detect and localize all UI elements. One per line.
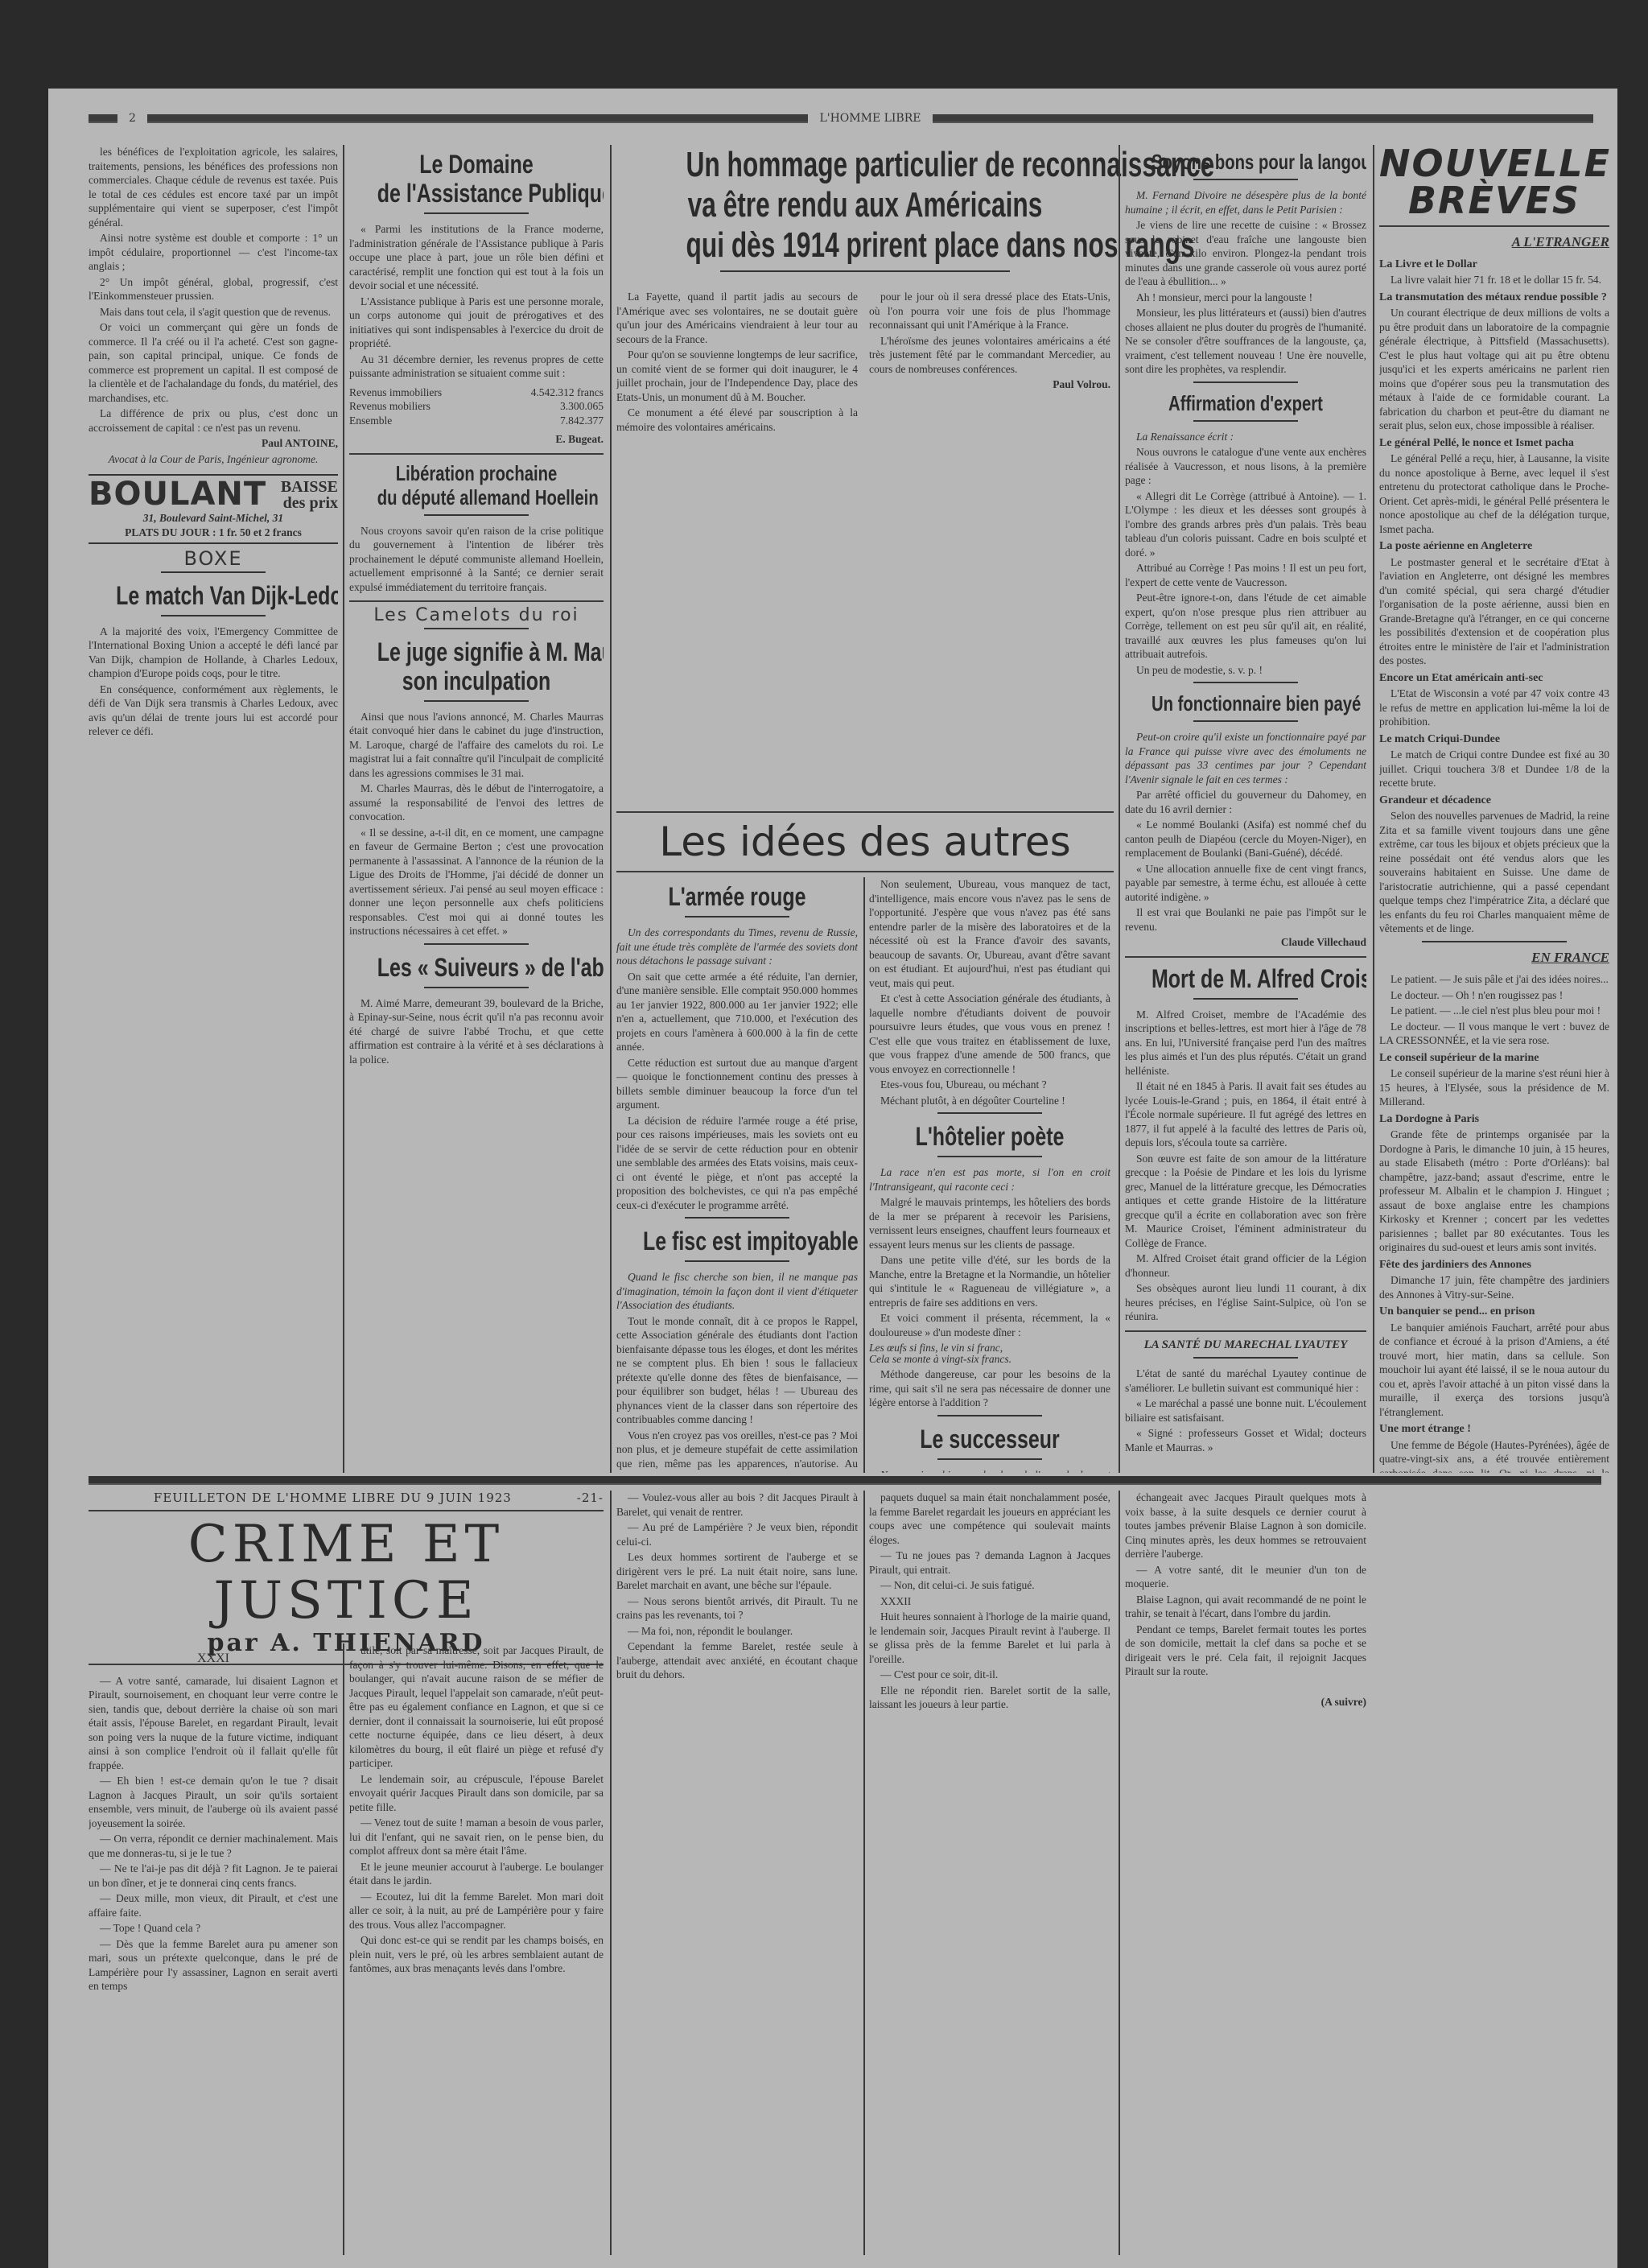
column-nouvelles-breves: NOUVELLES BRÈVES A L'ETRANGER La Livre e…: [1379, 145, 1609, 1473]
paragraph: Peut-être ignore-t-on, dans l'étude de c…: [1125, 591, 1366, 662]
paragraph: Vous n'en croyez pas vos oreilles, n'est…: [616, 1429, 858, 1474]
hotelier-lead: La race n'en est pas morte, si l'on en c…: [869, 1165, 1110, 1194]
paragraph: Ce monument a été élevé par souscription…: [616, 406, 858, 434]
news-item-text: Dimanche 17 juin, fête champêtre des jar…: [1379, 1273, 1609, 1301]
successeur-lead: Nous savions bien que la place de l'aveu…: [869, 1468, 1110, 1474]
paragraph: Elle ne répondit rien. Barelet sortit de…: [869, 1684, 1110, 1712]
news-item-text: Le général Pellé a reçu, hier, à Lausann…: [1379, 452, 1609, 536]
to-be-continued: (A suivre): [1125, 1695, 1366, 1709]
newspaper-title: L'HOMME LIBRE: [819, 112, 921, 125]
paragraph: « Le nommé Boulanki (Asifa) est nommé ch…: [1125, 818, 1366, 860]
paragraph: La différence de prix ou plus, c'est don…: [89, 406, 338, 435]
divider: [1125, 1330, 1366, 1332]
divider: [1193, 720, 1298, 722]
paragraph: Par arrêté officiel du gouverneur du Dah…: [1125, 788, 1366, 816]
liberation-title-1: Libération prochaine: [377, 461, 575, 485]
column-rule: [863, 877, 865, 1473]
ubureau-article: Non seulement, Ubureau, vous manquez de …: [869, 877, 1110, 1107]
paragraph: Et voici comment il présenta, récemment,…: [869, 1311, 1110, 1339]
paragraph: Et le jeune meunier accourut à l'auberge…: [349, 1860, 604, 1888]
paragraph: Ainsi que nous l'avions annoncé, M. Char…: [349, 710, 604, 781]
paragraph: Les deux hommes sortirent de l'auberge e…: [616, 1550, 858, 1593]
paragraph: — Venez tout de suite ! maman a besoin d…: [349, 1816, 604, 1858]
hommage-col-2: pour le jour où il sera dressé place des…: [869, 290, 1110, 805]
idees-banner: Les idées des autres: [616, 818, 1114, 866]
paragraph: « Allegri dit Le Corrège (attribué à Ant…: [1125, 489, 1366, 560]
divider: [1193, 1357, 1298, 1359]
paragraph: les bénéfices de l'exploitation agricole…: [89, 145, 338, 229]
column-rule: [1373, 145, 1374, 1473]
paragraph: « Le maréchal a passé une bonne nuit. L'…: [1125, 1396, 1366, 1425]
impot-signature-title: Avocat à la Cour de Paris, Ingénieur agr…: [89, 452, 338, 467]
cressonnee-ad: Le patient. — Je suis pâle et j'ai des i…: [1379, 972, 1609, 1048]
paragraph: Un peu de modestie, s. v. p. !: [1125, 663, 1366, 678]
ad-address: 31, Boulevard Saint-Michel, 31: [89, 511, 338, 526]
paragraph: — Deux mille, mon vieux, dit Pirault, et…: [89, 1891, 338, 1920]
divider: [349, 453, 604, 455]
fisc-lead: Quand le fisc cherche son bien, il ne ma…: [616, 1270, 858, 1313]
paragraph: Le lendemain soir, au crépuscule, l'épou…: [349, 1772, 604, 1815]
hommage-headline: Un hommage particulier de reconnaissance…: [616, 145, 1114, 280]
chapter-number: XXXI: [89, 1652, 338, 1666]
paragraph: L'état de santé du maréchal Lyautey cont…: [1125, 1367, 1366, 1395]
hotelier-article: Malgré le mauvais printemps, les hôtelie…: [869, 1195, 1110, 1339]
divider: [349, 600, 604, 602]
news-item-text: Grande fête de printemps organisée par l…: [1379, 1128, 1609, 1255]
news-item-text: Selon des nouvelles parvenues de Madrid,…: [1379, 809, 1609, 936]
paragraph: Le docteur. — Oh ! n'en rougissez pas !: [1379, 988, 1609, 1003]
news-item-title: Une mort étrange !: [1379, 1422, 1609, 1437]
fonctionnaire-signature: Claude Villechaud: [1125, 935, 1366, 950]
paragraph: — Au pré de Lampérière ? Je veux bien, r…: [616, 1520, 858, 1548]
domaine-title-2: de l'Assistance Publique: [377, 179, 575, 208]
paragraph: Huit heures sonnaient à l'horloge de la …: [869, 1610, 1110, 1666]
paragraph: — Nous serons bientôt arrivés, dit Pirau…: [616, 1594, 858, 1623]
paragraph: Le patient. — ...le ciel n'est plus bleu…: [1379, 1004, 1609, 1018]
divider: [720, 270, 1010, 272]
divider: [424, 628, 529, 629]
feuilleton-text: utile, soit par sa maîtresse, soit par J…: [349, 1643, 604, 1976]
paragraph: Pendant ce temps, Barelet fermait toutes…: [1125, 1623, 1366, 1679]
impot-signature: Paul ANTOINE,: [89, 436, 338, 451]
feuilleton-text: paquets duquel sa main était nonchalamme…: [869, 1491, 1110, 1712]
camelots-article: Ainsi que nous l'avions annoncé, M. Char…: [349, 710, 604, 938]
langouste-lead: M. Fernand Divoire ne désespère plus de …: [1125, 188, 1366, 216]
divider: [616, 811, 1114, 813]
paragraph: pour le jour où il sera dressé place des…: [869, 290, 1110, 332]
divider: [685, 1260, 789, 1262]
divider: [685, 916, 789, 918]
divider: [937, 1112, 1042, 1114]
news-item-text: La livre valait hier 71 fr. 18 et le dol…: [1379, 273, 1609, 287]
feuilleton-col-3: — Voulez-vous aller au bois ? dit Jacque…: [616, 1491, 858, 2255]
newspaper-page: 2 L'HOMME LIBRE les bénéfices de l'explo…: [48, 89, 1617, 2268]
paragraph: Au 31 décembre dernier, les revenus prop…: [349, 353, 604, 381]
column-rule: [1119, 145, 1120, 1473]
revenue-label: Revenus immobiliers: [349, 386, 442, 400]
divider: [161, 571, 266, 573]
paragraph: « Une allocation annuelle fixe de cent v…: [1125, 862, 1366, 905]
paragraph: 2° Un impôt général, global, progressif,…: [89, 275, 338, 303]
paragraph: La Fayette, quand il partit jadis au sec…: [616, 290, 858, 346]
etranger-tag: A L'ETRANGER: [1379, 235, 1609, 249]
successeur-title: Le successeur: [896, 1425, 1084, 1454]
paragraph: utile, soit par sa maîtresse, soit par J…: [349, 1643, 604, 1771]
fisc-article: Tout le monde connaît, dit à ce propos l…: [616, 1314, 858, 1474]
armee-lead: Un des correspondants du Times, revenu d…: [616, 926, 858, 968]
paragraph: M. Alfred Croiset, membre de l'Académie …: [1125, 1008, 1366, 1078]
paragraph: Ah ! monsieur, merci pour la langouste !: [1125, 291, 1366, 305]
paragraph: Méchant plutôt, à en dégoûter Courteline…: [869, 1094, 1110, 1108]
paragraph: — A votre santé, dit le meunier d'un ton…: [1125, 1563, 1366, 1591]
camelots-kicker: Les Camelots du roi: [349, 608, 604, 623]
feuilleton-col-5: échangeait avec Jacques Pirault quelques…: [1125, 1491, 1366, 2255]
paragraph: « Parmi les institutions de la France mo…: [349, 222, 604, 293]
domaine-signature: E. Bugeat.: [349, 432, 604, 447]
expert-article: Nous ouvrons le catalogue d'une vente au…: [1125, 445, 1366, 677]
hommage-title-2: va être rendu aux Américains: [686, 185, 1044, 225]
paragraph: On sait que cette armée a été réduite, l…: [616, 970, 858, 1054]
paragraph: Malgré le mauvais printemps, les hôtelie…: [869, 1195, 1110, 1252]
paragraph: Qui donc est-ce qui se rendit par les ch…: [349, 1933, 604, 1976]
paragraph: A la majorité des voix, l'Emergency Comm…: [89, 625, 338, 681]
hommage-col-1: La Fayette, quand il partit jadis au sec…: [616, 290, 858, 805]
feuilleton-col-4: paquets duquel sa main était nonchalamme…: [869, 1491, 1110, 2255]
hotelier-title: L'hôtelier poète: [896, 1122, 1084, 1151]
paragraph: — Ecoutez, lui dit la femme Barelet. Mon…: [349, 1890, 604, 1932]
news-item-title: La Livre et le Dollar: [1379, 258, 1609, 272]
domaine-article: « Parmi les institutions de la France mo…: [349, 222, 604, 381]
paragraph: — Tu ne joues pas ? demanda Lagnon à Jac…: [869, 1548, 1110, 1577]
paragraph: Or voici un commerçant qui gère un fonds…: [89, 320, 338, 405]
paragraph: — C'est pour ce soir, dit-il.: [869, 1668, 1110, 1682]
camelots-title-2: son inculpation: [377, 666, 575, 695]
column-domaine: Le Domaine de l'Assistance Publique « Pa…: [349, 145, 604, 1473]
page-number: 2: [129, 112, 136, 125]
divider: [1193, 420, 1298, 422]
paragraph: M. Alfred Croiset était grand officier d…: [1125, 1252, 1366, 1280]
feuilleton-rule: [89, 1476, 1601, 1485]
paragraph: L'Assistance publique à Paris est une pe…: [349, 295, 604, 351]
column-rule: [343, 1643, 344, 2255]
paragraph: paquets duquel sa main était nonchalamme…: [869, 1491, 1110, 1547]
paragraph: Dans une petite ville d'été, sur les bor…: [869, 1253, 1110, 1309]
paragraph: Attribué au Corrège ! Pas moins ! Il est…: [1125, 561, 1366, 589]
feuilleton-number: -21-: [577, 1491, 604, 1505]
feuilleton-col-1: XXXI — A votre santé, camarade, lui disa…: [89, 1643, 338, 2255]
hommage-article: La Fayette, quand il partit jadis au sec…: [616, 290, 858, 434]
divider: [1379, 225, 1609, 227]
paragraph: Cependant la femme Barelet, restée seule…: [616, 1639, 858, 1682]
paragraph: Le docteur. — Il vous manque le vert : b…: [1379, 1020, 1609, 1048]
hommage-title-3: qui dès 1914 prirent place dans nos rang…: [686, 225, 1044, 266]
news-item-title: Encore un Etat américain anti-sec: [1379, 671, 1609, 686]
paragraph: — On verra, répondit ce dernier machinal…: [89, 1832, 338, 1860]
news-item-text: Un courant électrique de deux millions d…: [1379, 306, 1609, 433]
paragraph: L'héroïsme des jeunes volontaires améric…: [869, 334, 1110, 377]
paragraph: « Signé : professeurs Gosset et Widal; d…: [1125, 1426, 1366, 1454]
column-rule: [863, 1491, 865, 2255]
feuilleton-col-2: utile, soit par sa maîtresse, soit par J…: [349, 1643, 604, 2255]
paragraph: Le patient. — Je suis pâle et j'ai des i…: [1379, 972, 1609, 987]
expert-lead: La Renaissance écrit :: [1125, 430, 1366, 444]
paragraph: Il est vrai que Boulanki ne paie pas l'i…: [1125, 905, 1366, 934]
masthead-rule: [147, 114, 809, 123]
fonctionnaire-article: Par arrêté officiel du gouverneur du Dah…: [1125, 788, 1366, 934]
paragraph: La décision de réduire l'armée rouge a é…: [616, 1114, 858, 1213]
france-news: Le conseil supérieur de la marineLe cons…: [1379, 1051, 1609, 1474]
camelots-title-1: Le juge signifie à M. Maurras: [377, 637, 575, 666]
paragraph: Pour qu'on se souvienne longtemps de leu…: [616, 348, 858, 404]
hommage-article-continued: pour le jour où il sera dressé place des…: [869, 290, 1110, 376]
divider: [424, 700, 529, 702]
revenue-row: Ensemble7.842.377: [349, 414, 604, 428]
paragraph: — Ne te l'ai-je pas dit déjà ? fit Lagno…: [89, 1862, 338, 1890]
langouste-title: Soyons bons pour la langouste: [1152, 150, 1340, 174]
paragraph: — Eh bien ! est-ce demain qu'on le tue ?…: [89, 1774, 338, 1830]
paragraph: En conséquence, conformément aux règleme…: [89, 682, 338, 739]
expert-title: Affirmation d'expert: [1152, 391, 1340, 415]
divider: [1193, 179, 1298, 180]
divider: [1193, 682, 1298, 683]
hommage-signature: Paul Volrou.: [869, 377, 1110, 392]
revenue-table: Revenus immobiliers4.542.312 francsReven…: [349, 386, 604, 428]
paragraph: Et c'est à cette Association générale de…: [869, 992, 1110, 1076]
news-item-title: La Dordogne à Paris: [1379, 1112, 1609, 1127]
croiset-article: M. Alfred Croiset, membre de l'Académie …: [1125, 1008, 1366, 1324]
divider: [685, 1217, 789, 1219]
news-item-title: La transmutation des métaux rendue possi…: [1379, 291, 1609, 305]
divider: [1193, 381, 1298, 383]
liberation-text: Nous croyons savoir qu'en raison de la c…: [349, 524, 604, 595]
paragraph: Je viens de lire une recette de cuisine …: [1125, 218, 1366, 289]
paragraph: — Voulez-vous aller au bois ? dit Jacque…: [616, 1491, 858, 1519]
france-tag: EN FRANCE: [1379, 950, 1609, 965]
armee-article: On sait que cette armée a été réduite, l…: [616, 970, 858, 1213]
paragraph: échangeait avec Jacques Pirault quelques…: [1125, 1491, 1366, 1561]
paragraph: M. Charles Maurras, dès le début de l'in…: [349, 781, 604, 824]
suiveurs-text: M. Aimé Marre, demeurant 39, boulevard d…: [349, 996, 604, 1067]
armee-title: L'armée rouge: [643, 882, 831, 911]
paragraph: Mais dans tout cela, il s'agit question …: [89, 305, 338, 320]
nouvelles-logo-2: BRÈVES: [1379, 182, 1609, 219]
divider: [424, 514, 529, 516]
suiveurs-title: Les « Suiveurs » de l'abbé Trochu: [377, 953, 575, 982]
divider: [424, 987, 529, 988]
paragraph: Son œuvre est faite de son amour de la l…: [1125, 1152, 1366, 1251]
news-item-text: L'Etat de Wisconsin a voté par 47 voix c…: [1379, 687, 1609, 729]
ad-tagline: BAISSE des prix: [266, 479, 338, 511]
lyautey-article: L'état de santé du maréchal Lyautey cont…: [1125, 1367, 1366, 1454]
paragraph: — Dès que la femme Barelet aura pu amene…: [89, 1937, 338, 1994]
news-item-text: Le postmaster general et le secrétaire d…: [1379, 555, 1609, 668]
fisc-title: Le fisc est impitoyable: [643, 1227, 831, 1256]
revenue-value: 4.542.312 francs: [531, 386, 604, 400]
boulant-ad: BOULANT BAISSE des prix 31, Boulevard Sa…: [89, 474, 338, 544]
masthead-rule: [933, 114, 1594, 123]
feuilleton-text: — A votre santé, camarade, lui disaient …: [89, 1674, 338, 1994]
divider: [424, 212, 529, 214]
nouvelles-logo-1: NOUVELLES: [1379, 145, 1609, 182]
feuilleton-text: échangeait avec Jacques Pirault quelques…: [1125, 1491, 1366, 1679]
lyautey-title: LA SANTÉ DU MARECHAL LYAUTEY: [1125, 1338, 1366, 1353]
paragraph: Tout le monde connaît, dit à ce propos l…: [616, 1314, 858, 1427]
paragraph: — Non, dit celui-ci. Je suis fatigué.: [869, 1578, 1110, 1593]
feuilleton-title-line: FEUILLETON DE L'HOMME LIBRE DU 9 JUIN 19…: [89, 1491, 577, 1505]
news-item-text: Le conseil supérieur de la marine s'est …: [1379, 1066, 1609, 1109]
column-impot: les bénéfices de l'exploitation agricole…: [89, 145, 338, 1465]
divider: [1125, 956, 1366, 958]
boxe-title: Le match Van Dijk-Ledoux: [116, 581, 311, 610]
ad-name: BOULANT: [89, 488, 266, 502]
news-item-title: Le conseil supérieur de la marine: [1379, 1051, 1609, 1066]
divider: [937, 1415, 1042, 1416]
column-rule: [610, 145, 612, 1473]
divider: [1422, 941, 1567, 942]
paragraph: — Tope ! Quand cela ?: [89, 1921, 338, 1936]
divider: [161, 615, 266, 616]
column-rule: [1119, 1491, 1120, 2255]
crime-title: CRIME ET JUSTICE: [89, 1516, 604, 1629]
paragraph: Nous ouvrons le catalogue d'une vente au…: [1125, 445, 1366, 488]
news-item-title: Fête des jardiniers des Annones: [1379, 1258, 1609, 1272]
paragraph: Ainsi notre système est double et compor…: [89, 231, 338, 274]
divider: [1193, 998, 1298, 1000]
hommage-title-1: Un hommage particulier de reconnaissance: [686, 145, 1044, 185]
news-item-title: Le match Criqui-Dundee: [1379, 732, 1609, 747]
idees-col-2: Non seulement, Ubureau, vous manquez de …: [869, 877, 1110, 1473]
fonctionnaire-lead: Peut-on croire qu'il existe un fonctionn…: [1125, 730, 1366, 786]
divider: [937, 1458, 1042, 1460]
revenue-label: Revenus mobiliers: [349, 399, 431, 414]
fonctionnaire-title: Un fonctionnaire bien payé: [1152, 691, 1340, 715]
news-item-title: La poste aérienne en Angleterre: [1379, 539, 1609, 554]
paragraph: Etes-vous fou, Ubureau, ou méchant ?: [869, 1078, 1110, 1092]
news-item-title: Le général Pellé, le nonce et Ismet pach…: [1379, 436, 1609, 451]
boxe-article: A la majorité des voix, l'Emergency Comm…: [89, 625, 338, 739]
etranger-news: La Livre et le DollarLa livre valait hie…: [1379, 258, 1609, 936]
impot-article: les bénéfices de l'exploitation agricole…: [89, 145, 338, 435]
hotelier-verse-2: Cela se monte à vingt-six francs.: [869, 1352, 1110, 1367]
paragraph: Monsieur, les plus littérateurs et (auss…: [1125, 306, 1366, 377]
column-rule: [343, 145, 344, 1473]
column-4: Soyons bons pour la langouste M. Fernand…: [1125, 145, 1366, 1473]
paragraph: Non seulement, Ubureau, vous manquez de …: [869, 877, 1110, 990]
news-item-text: Le match de Criqui contre Dundee est fix…: [1379, 748, 1609, 790]
revenue-row: Revenus mobiliers3.300.065: [349, 399, 604, 414]
paragraph: XXXII: [869, 1594, 1110, 1609]
paragraph: Il était né en 1845 à Paris. Il avait fa…: [1125, 1079, 1366, 1150]
divider: [424, 943, 529, 945]
revenue-row: Revenus immobiliers4.542.312 francs: [349, 386, 604, 400]
croiset-title: Mort de M. Alfred Croiset: [1152, 964, 1340, 993]
paragraph: Cette réduction est surtout due au manqu…: [616, 1056, 858, 1112]
domaine-title-1: Le Domaine: [377, 150, 575, 179]
masthead-rule-left: [89, 114, 117, 123]
paragraph: — A votre santé, camarade, lui disaient …: [89, 1674, 338, 1773]
liberation-title-2: du député allemand Hoellein: [377, 485, 575, 509]
paragraph: — Ma foi, non, répondit le boulanger.: [616, 1624, 858, 1639]
revenue-value: 7.842.377: [560, 414, 604, 428]
idees-col-1: L'armée rouge Un des correspondants du T…: [616, 877, 858, 1473]
langouste-article: Je viens de lire une recette de cuisine …: [1125, 218, 1366, 377]
ad-plats: PLATS DU JOUR : 1 fr. 50 et 2 francs: [89, 526, 338, 540]
news-item-title: Un banquier se pend... en prison: [1379, 1305, 1609, 1319]
paragraph: Blaise Lagnon, qui avait recommandé de n…: [1125, 1593, 1366, 1621]
revenue-value: 3.300.065: [560, 399, 604, 414]
paragraph: « Il se dessine, a-t-il dit, en ce momen…: [349, 826, 604, 938]
boxe-kicker: BOXE: [89, 552, 338, 567]
feuilleton-text: — Voulez-vous aller au bois ? dit Jacque…: [616, 1491, 858, 1682]
revenue-label: Ensemble: [349, 414, 392, 428]
divider: [937, 1156, 1042, 1157]
news-item-text: Une femme de Bégole (Hautes-Pyrénées), â…: [1379, 1438, 1609, 1474]
hotelier-closing: Méthode dangereuse, car pour les besoins…: [869, 1367, 1110, 1410]
news-item-text: Le banquier amiénois Fauchart, arrêté po…: [1379, 1321, 1609, 1420]
paragraph: Ses obsèques auront lieu lundi 11 couran…: [1125, 1281, 1366, 1324]
news-item-title: Grandeur et décadence: [1379, 794, 1609, 808]
divider: [89, 1510, 604, 1511]
masthead: 2 L'HOMME LIBRE: [89, 106, 1593, 130]
column-rule: [610, 1491, 612, 2255]
divider: [616, 871, 1114, 872]
